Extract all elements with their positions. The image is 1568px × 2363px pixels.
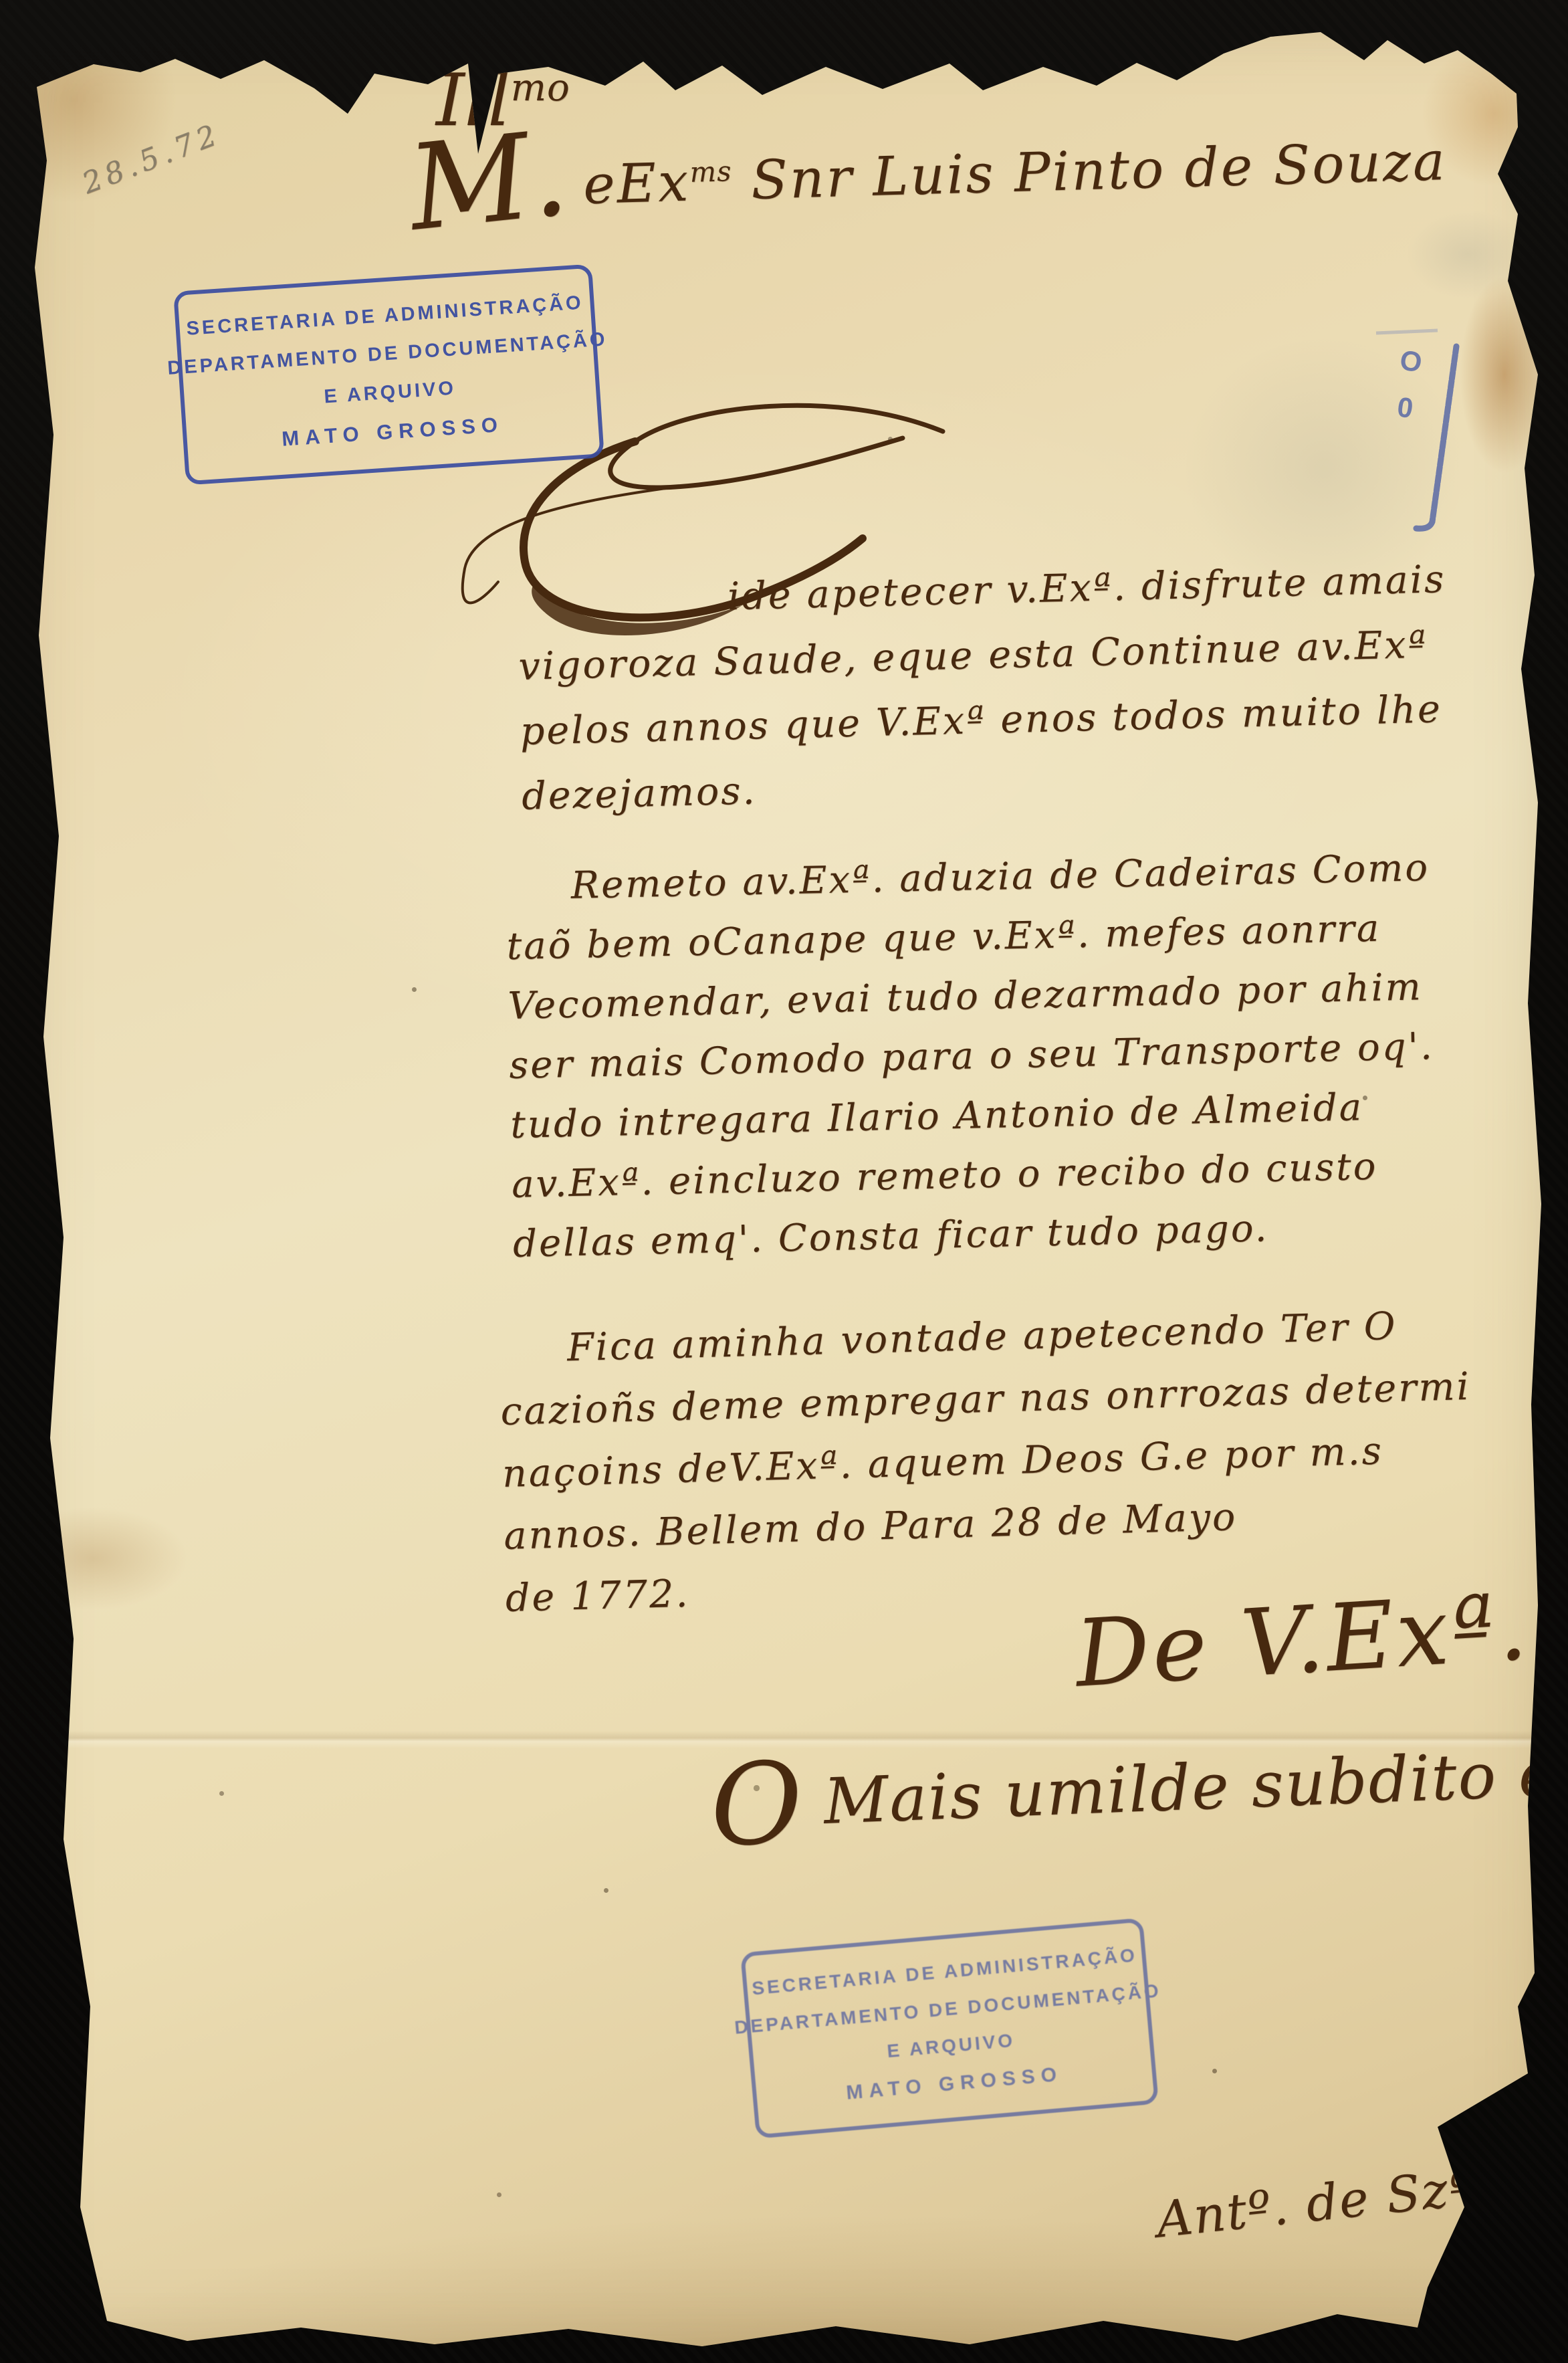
svg-text:0: 0 <box>1395 391 1416 424</box>
stamp-line: E ARQUIVO <box>886 2030 1016 2063</box>
stamp-line: MATO GROSSO <box>845 2063 1063 2104</box>
stamp-fragment: O 0 <box>1357 321 1478 542</box>
ink-speckles <box>0 0 2 2</box>
humility-initial: O <box>708 1737 805 1871</box>
archive-stamp-bottom: SECRETARIA DE ADMINISTRAÇÃO DEPARTAMENTO… <box>740 1918 1159 2139</box>
humility-line: O Mais umilde subdito e Cr.º <box>709 1732 1568 1843</box>
stamp-line: MATO GROSSO <box>281 413 504 451</box>
paragraph-1: ide apetecer v.Exª. disfrute amais vigor… <box>516 547 1451 829</box>
paragraph-2: Remeto av.Exª. aduzia de Cadeiras Como t… <box>505 838 1438 1274</box>
paragraph-3: Fica aminha vontade apetecendo Ter O caz… <box>498 1294 1476 1630</box>
stamp-line: SECRETARIA DE ADMINISTRAÇÃO <box>186 292 584 340</box>
manuscript-page: 28.5.72 Illmo M. eExms Snr Luis Pinto de… <box>0 0 1568 2363</box>
archive-stamp-top: SECRETARIA DE ADMINISTRAÇÃO DEPARTAMENTO… <box>173 264 604 486</box>
salutation-line: eExms Snr Luis Pinto de Souza <box>582 130 1448 216</box>
salutation-sup2: ms <box>689 155 732 189</box>
salutation-recipient: Snr Luis Pinto de Souza <box>732 130 1448 212</box>
salutation-sup1: mo <box>511 66 570 110</box>
salutation-monogram-flourish: M. <box>403 104 574 258</box>
stamp-line: E ARQUIVO <box>324 377 457 408</box>
signature: Antº. de Szª. Az.do <box>1154 2140 1568 2249</box>
svg-text:O: O <box>1398 344 1424 378</box>
salutation-part2: eEx <box>582 151 691 216</box>
stamp-fragment-bracket: O 0 <box>1357 321 1478 542</box>
pencil-date-note: 28.5.72 <box>78 117 225 201</box>
